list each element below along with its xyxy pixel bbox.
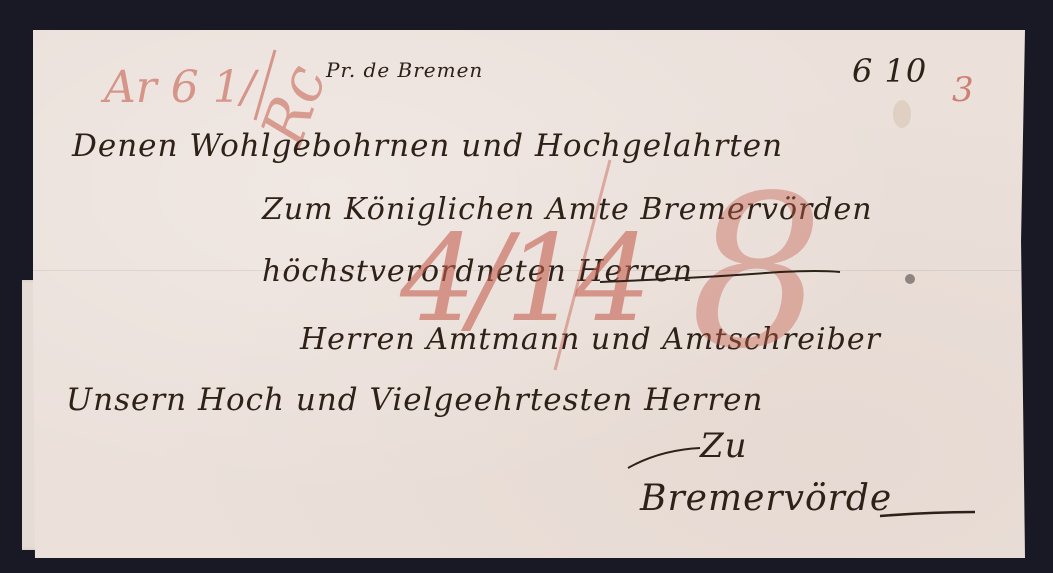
paper-stain (893, 100, 911, 128)
address-line-7-destination: Bremervörde (640, 478, 892, 519)
address-line-1: Denen Wohlgebohrnen und Hochgelahrten (72, 128, 783, 164)
red-rate-center: 4/14 (400, 210, 645, 349)
photo-backdrop: Pr. de Bremen 6 10 3 Ar 6 1/ Rc Denen Wo… (0, 0, 1053, 573)
routing-note: Pr. de Bremen (326, 58, 483, 82)
postage-rate-red-top-right: 3 (952, 70, 974, 110)
ink-blot (905, 274, 915, 284)
red-rate-large-8: 8 (690, 150, 824, 395)
red-mark-top-left: Ar 6 1/ (104, 62, 256, 113)
address-line-6-zu: Zu (700, 426, 748, 466)
postage-rate-black: 6 10 (852, 52, 927, 90)
address-line-5: Unsern Hoch und Vielgeehrtesten Herren (66, 382, 764, 418)
